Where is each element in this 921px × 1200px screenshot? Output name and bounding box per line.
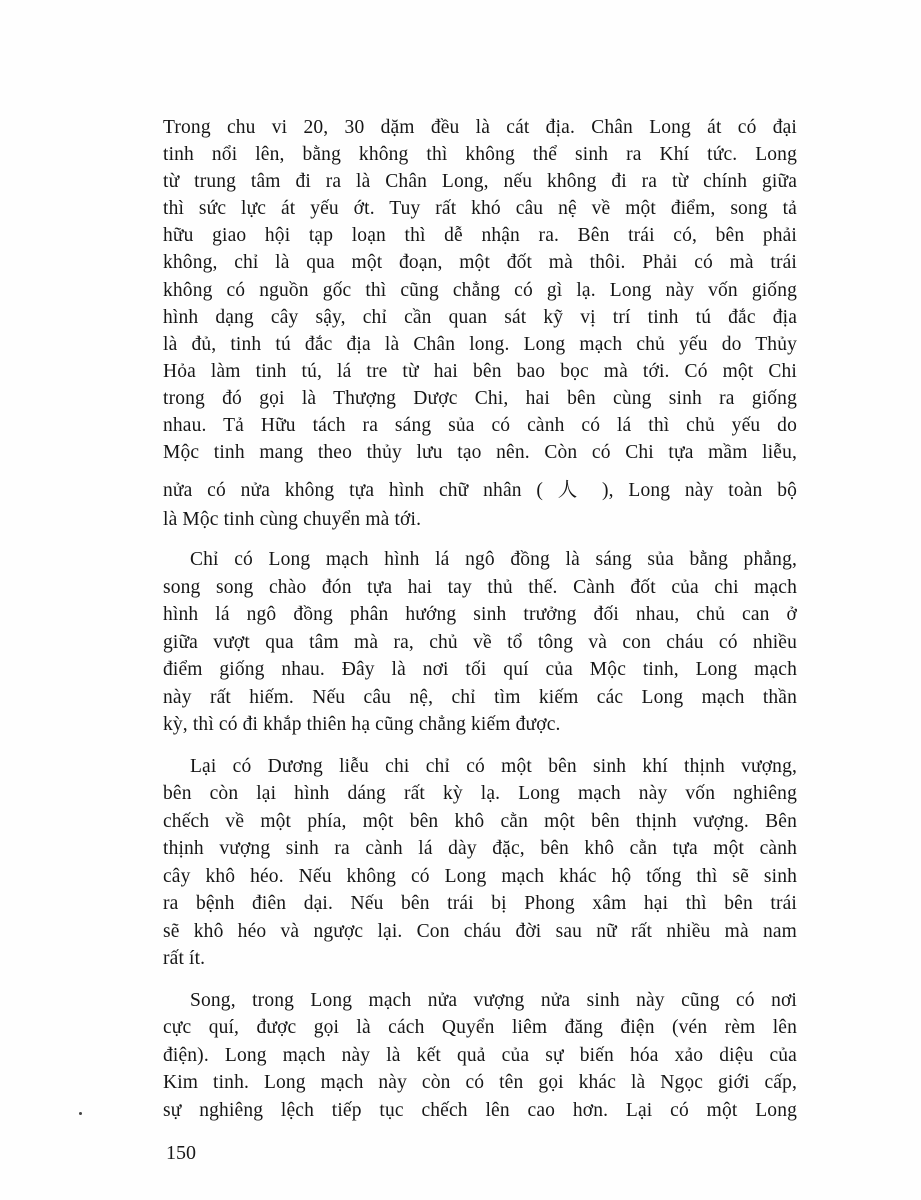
text-line: Kim tinh. Long mạch này còn có tên gọi k… <box>163 1071 797 1095</box>
text-line: Trong chu vi 20, 30 dặm đều là cát địa. … <box>163 116 797 140</box>
text-line: sẽ khô héo và ngược lại. Con cháu đời sa… <box>163 920 797 944</box>
text-line: Lại có Dương liễu chi chỉ có một bên sin… <box>190 755 797 779</box>
text-line: rất ít. <box>163 947 797 971</box>
text-line: điện). Long mạch này là kết quả của sự b… <box>163 1044 797 1068</box>
text-line: Song, trong Long mạch nửa vượng nửa sinh… <box>190 989 797 1013</box>
page-number: 150 <box>166 1142 196 1165</box>
text-line: không có nguồn gốc thì cũng chẳng có gì … <box>163 279 797 303</box>
text-line: hình dạng cây sậy, chỉ cần quan sát kỹ v… <box>163 306 797 330</box>
text-line: là đủ, tinh tú đắc địa là Chân long. Lon… <box>163 333 797 357</box>
text-line: chếch về một phía, một bên khô cằn một b… <box>163 810 797 834</box>
text-line: kỳ, thì có đi khắp thiên hạ cũng chẳng k… <box>163 713 797 737</box>
text-line: song song chào đón tựa hai tay thủ thế. … <box>163 576 797 600</box>
text-line: trong đó gọi là Thượng Dược Chi, hai bên… <box>163 387 797 411</box>
text-line: Hỏa làm tinh tú, lá tre từ hai bên bao b… <box>163 360 797 384</box>
text-line: không, chỉ là qua một đoạn, một đốt mà t… <box>163 251 797 275</box>
text-line: nhau. Tả Hữu tách ra sáng sủa có cành có… <box>163 414 797 438</box>
text-line: thì sức lực át yếu ớt. Tuy rất khó câu n… <box>163 197 797 221</box>
text-line: sự nghiêng lệch tiếp tục chếch lên cao h… <box>163 1099 797 1123</box>
text-line: từ trung tâm đi ra là Chân Long, nếu khô… <box>163 170 797 194</box>
text-line-with-kanji: nửa có nửa không tựa hình chữ nhân ( 人 )… <box>163 474 797 508</box>
text-line: ra bệnh điên dại. Nếu bên trái bị Phong … <box>163 892 797 916</box>
text-line: thịnh vượng sinh ra cành lá dày đặc, bên… <box>163 837 797 861</box>
text-line: này rất hiếm. Nếu câu nệ, chỉ tìm kiếm c… <box>163 686 797 710</box>
text-line: là Mộc tinh cùng chuyển mà tới. <box>163 508 797 532</box>
text-line: tinh nổi lên, bằng không thì không thể s… <box>163 143 797 167</box>
text-line: điểm giống nhau. Đây là nơi tối quí của … <box>163 658 797 682</box>
text-line: hữu giao hội tạp loạn thì dễ nhận ra. Bê… <box>163 224 797 248</box>
text-line: cây khô héo. Nếu không có Long mạch khác… <box>163 865 797 889</box>
text-line: hình lá ngô đồng phân hướng sinh trưởng … <box>163 603 797 627</box>
text-line: Chỉ có Long mạch hình lá ngô đồng là sán… <box>190 548 797 572</box>
text-line: bên còn lại hình dáng rất kỳ lạ. Long mạ… <box>163 782 797 806</box>
scan-speck <box>79 1112 82 1115</box>
text-line: cực quí, được gọi là cách Quyển liêm đăn… <box>163 1016 797 1040</box>
text-line: Mộc tinh mang theo thủy lưu tạo nên. Còn… <box>163 441 797 465</box>
text-line: giữa vượt qua tâm mà ra, chủ về tổ tông … <box>163 631 797 655</box>
document-page: Trong chu vi 20, 30 dặm đều là cát địa. … <box>0 0 921 1200</box>
